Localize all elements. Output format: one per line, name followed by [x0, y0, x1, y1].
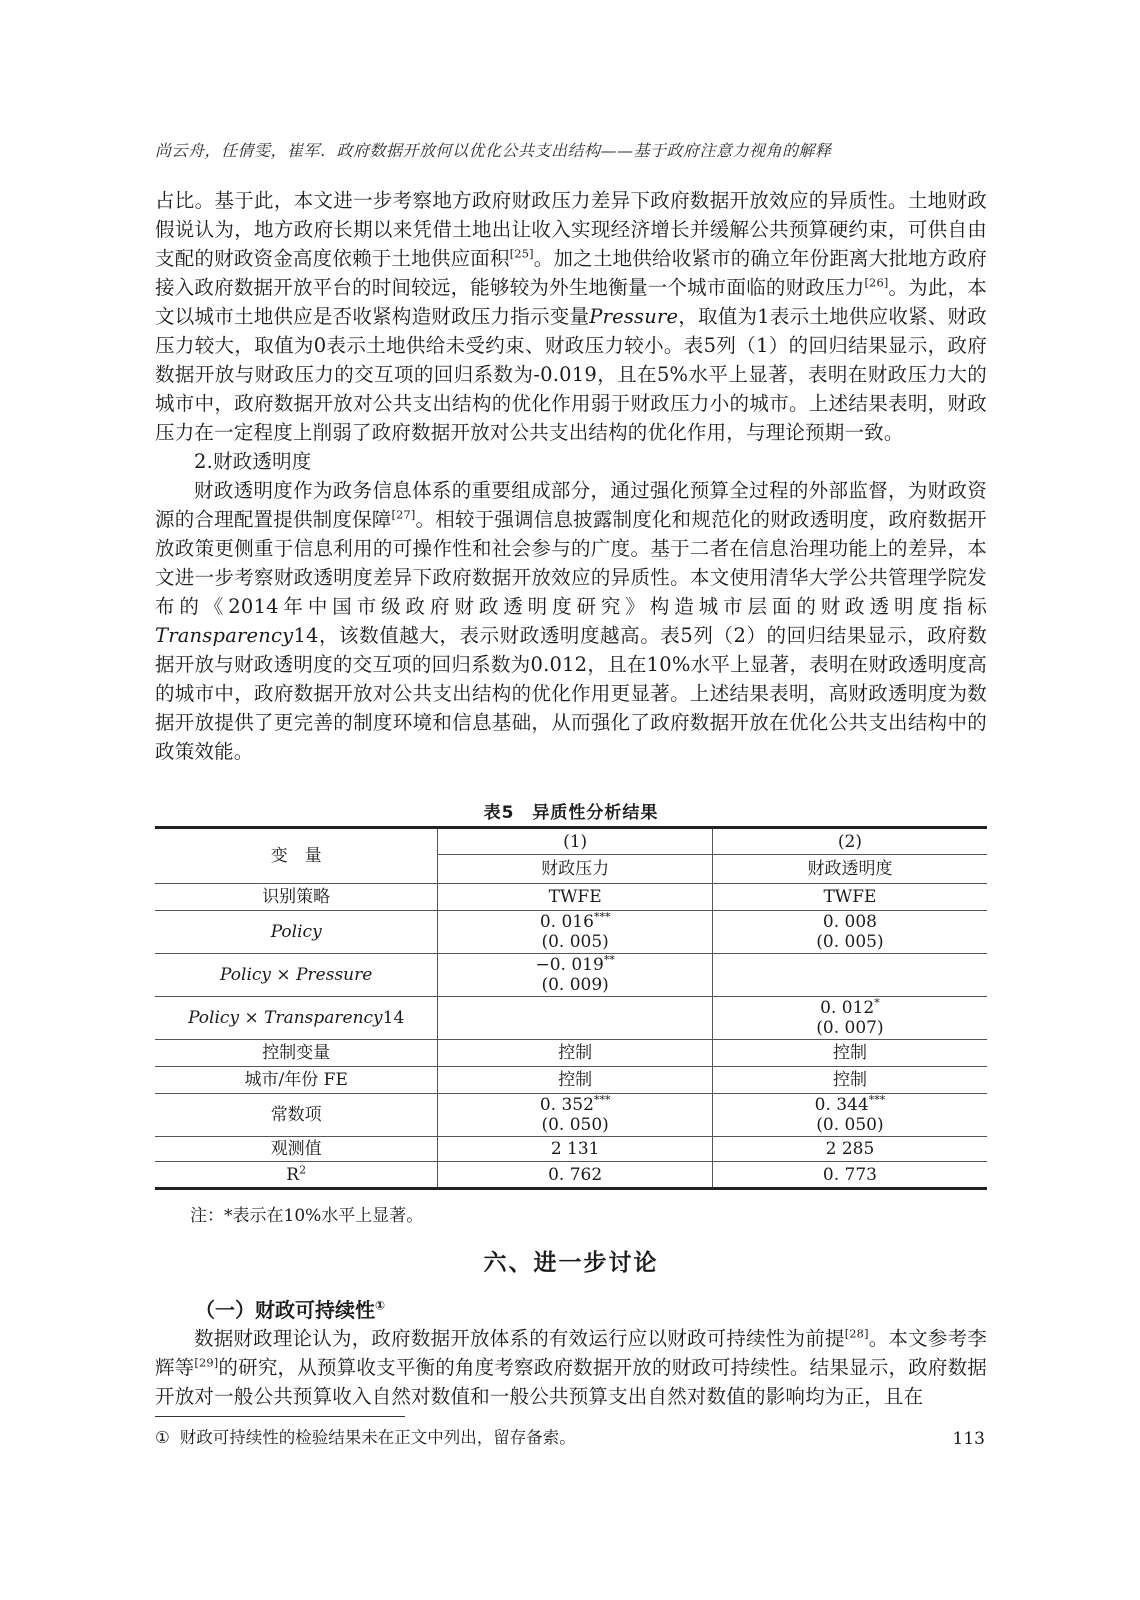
row-col2: 0. 773 — [712, 1162, 987, 1189]
table-row: Policy 0. 016***(0. 005) 0. 008(0. 005) — [155, 911, 987, 954]
table-row: 控制变量 控制 控制 — [155, 1040, 987, 1067]
page-number: 113 — [953, 1428, 985, 1450]
table-header-row-1: 变 量 (1) (2) — [155, 828, 987, 855]
row-col2: 0. 344***(0. 050) — [712, 1094, 987, 1137]
row-col1: 控制 — [438, 1067, 713, 1094]
row-label: Policy × Pressure — [155, 954, 438, 997]
table-row: R2 0. 762 0. 773 — [155, 1162, 987, 1189]
footnote-separator — [155, 1416, 405, 1417]
row-col1: 0. 352***(0. 050) — [438, 1094, 713, 1137]
header-col2: (2) — [712, 828, 987, 855]
row-col1 — [438, 997, 713, 1040]
row-col1: 2 131 — [438, 1137, 713, 1162]
table5-note: 注：*表示在10%水平上显著。 — [190, 1204, 987, 1228]
table-row: 城市/年份 FE 控制 控制 — [155, 1067, 987, 1094]
row-label: 识别策略 — [155, 884, 438, 911]
running-header: 尚云舟，任倩雯，崔军．政府数据开放何以优化公共支出结构——基于政府注意力视角的解… — [155, 140, 987, 162]
table-row: 识别策略 TWFE TWFE — [155, 884, 987, 911]
row-col2: TWFE — [712, 884, 987, 911]
row-col2: 2 285 — [712, 1137, 987, 1162]
header-col1-sub: 财政压力 — [438, 855, 713, 884]
footnote: ①财政可持续性的检验结果未在正文中列出，留存备索。 — [155, 1426, 987, 1449]
table5-title: 表5 异质性分析结果 — [155, 800, 987, 826]
page-content: 尚云舟，任倩雯，崔军．政府数据开放何以优化公共支出结构——基于政府注意力视角的解… — [155, 140, 987, 1449]
row-col1: 0. 762 — [438, 1162, 713, 1189]
table5-heterogeneity-results: 变 量 (1) (2) 财政压力 财政透明度 识别策略 TWFE TWFE Po… — [155, 826, 987, 1190]
table-row: Policy × Pressure −0. 019**(0. 009) — [155, 954, 987, 997]
paragraph-fiscal-sustainability: 数据财政理论认为，政府数据开放体系的有效运行应以财政可持续性为前提[28]。本文… — [155, 1324, 987, 1411]
row-label: 观测值 — [155, 1137, 438, 1162]
header-col2-sub: 财政透明度 — [712, 855, 987, 884]
subheading-fiscal-transparency: 2.财政透明度 — [155, 447, 987, 476]
subsection-heading-fiscal-sustainability: （一）财政可持续性① — [195, 1296, 987, 1324]
footnote-text: 财政可持续性的检验结果未在正文中列出，留存备索。 — [180, 1428, 576, 1447]
table-row: 观测值 2 131 2 285 — [155, 1137, 987, 1162]
paper-page: 尚云舟，任倩雯，崔军．政府数据开放何以优化公共支出结构——基于政府注意力视角的解… — [0, 0, 1140, 1600]
table-row: Policy × Transparency14 0. 012*(0. 007) — [155, 997, 987, 1040]
row-col2: 0. 012*(0. 007) — [712, 997, 987, 1040]
footnote-marker: ① — [155, 1428, 170, 1447]
row-label: Policy × Transparency14 — [155, 997, 438, 1040]
row-label: Policy — [155, 911, 438, 954]
row-label: 常数项 — [155, 1094, 438, 1137]
paragraph-fiscal-transparency: 财政透明度作为政务信息体系的重要组成部分，通过强化预算全过程的外部监督，为财政资… — [155, 476, 987, 766]
row-col1: 0. 016***(0. 005) — [438, 911, 713, 954]
row-label: 城市/年份 FE — [155, 1067, 438, 1094]
body-text-block: 占比。基于此，本文进一步考察地方政府财政压力差异下政府数据开放效应的异质性。土地… — [155, 186, 987, 766]
row-label: R2 — [155, 1162, 438, 1189]
table-row: 常数项 0. 352***(0. 050) 0. 344***(0. 050) — [155, 1094, 987, 1137]
paragraph-fiscal-pressure: 占比。基于此，本文进一步考察地方政府财政压力差异下政府数据开放效应的异质性。土地… — [155, 186, 987, 447]
section-heading-discussion: 六、进一步讨论 — [155, 1248, 987, 1278]
header-variable: 变 量 — [155, 828, 438, 884]
row-col2 — [712, 954, 987, 997]
row-col1: −0. 019**(0. 009) — [438, 954, 713, 997]
row-col2: 控制 — [712, 1067, 987, 1094]
row-col1: TWFE — [438, 884, 713, 911]
row-col2: 0. 008(0. 005) — [712, 911, 987, 954]
row-col1: 控制 — [438, 1040, 713, 1067]
header-col1: (1) — [438, 828, 713, 855]
row-label: 控制变量 — [155, 1040, 438, 1067]
row-col2: 控制 — [712, 1040, 987, 1067]
